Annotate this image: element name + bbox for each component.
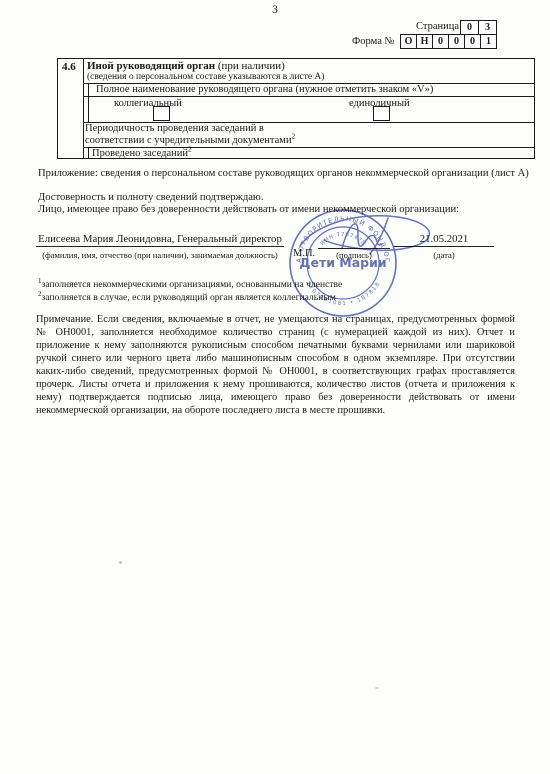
- section-4-6-table: 4.6 Иной руководящий орган (при наличии)…: [57, 58, 535, 159]
- footnote-2: 2заполняется в случае, если руководящий …: [38, 292, 336, 303]
- meetings-text: Проведено заседаний: [92, 148, 188, 159]
- checkbox-collegial[interactable]: [153, 106, 170, 121]
- form-cell: Н: [416, 34, 433, 49]
- option-label-collegial: коллегиальный: [114, 98, 182, 109]
- signature-line: [318, 233, 390, 249]
- checkbox-sole[interactable]: [373, 106, 390, 121]
- row-title-suffix: (при наличии): [215, 60, 285, 72]
- page-cell: 3: [478, 20, 497, 35]
- page-number-cells: 0 3: [460, 20, 497, 35]
- table-row-divider: [83, 96, 534, 97]
- confirmation-line-1: Достоверность и полноту сведений подтвер…: [38, 192, 533, 203]
- row-title-main: Иной руководящий орган: [87, 60, 215, 72]
- document-page: 3 Страница 0 3 Форма № О Н 0 0 0 1 4.6 И…: [0, 0, 550, 774]
- table-column-divider: [83, 59, 84, 158]
- signatory-name: Елисеева Мария Леонидовна, Генеральный д…: [36, 233, 284, 247]
- form-cell: 0: [464, 34, 481, 49]
- attachment-line: Приложение: сведения о персональном сост…: [38, 168, 533, 179]
- row-subtitle: (сведения о персональном составе указыва…: [87, 72, 324, 82]
- form-number-cells: О Н 0 0 0 1: [400, 34, 497, 49]
- organization-stamp: БЛАГОТВОРИТЕЛЬНЫЙ ФОНД ОГРН 7707081081 •…: [280, 200, 440, 330]
- periodicity-label-line2: соответствии с учредительными документам…: [85, 135, 295, 146]
- full-name-label: Полное наименование руководящего органа …: [96, 84, 433, 95]
- confirmation-line-2: Лицо, имеющее право без доверенности дей…: [38, 204, 533, 215]
- footnote-2-text: заполняется в случае, если руководящий о…: [42, 292, 336, 303]
- form-number-label: Форма №: [352, 36, 395, 47]
- note-paragraph: Примечание. Если сведения, включаемые в …: [36, 313, 515, 417]
- form-cell: 0: [448, 34, 465, 49]
- footnote-1: 1заполняется некоммерческими организация…: [38, 279, 342, 290]
- form-cell: О: [400, 34, 417, 49]
- date-caption: (дата): [394, 250, 494, 260]
- form-cell: 1: [480, 34, 497, 49]
- footnote-1-text: заполняется некоммерческими организациям…: [42, 279, 343, 290]
- page-box-label: Страница: [416, 21, 459, 32]
- footnote-ref-2: 2: [292, 133, 296, 141]
- page-number: 3: [0, 4, 550, 16]
- page-cell: 0: [460, 20, 479, 35]
- scan-artifact-dot: [375, 687, 379, 689]
- table-inner-divider: [88, 147, 89, 158]
- meetings-held-label: Проведено заседаний2: [92, 148, 191, 159]
- form-cell: 0: [432, 34, 449, 49]
- seal-placeholder-label: М.П.: [293, 248, 315, 259]
- signatory-name-caption: (фамилия, имя, отчество (при наличии), з…: [30, 250, 290, 260]
- row-number: 4.6: [62, 61, 76, 73]
- periodicity-text: соответствии с учредительными документам…: [85, 135, 292, 146]
- signature-date: 21.05.2021: [394, 233, 494, 247]
- footnote-ref-2: 2: [188, 146, 192, 154]
- signature-caption: (подпись): [318, 250, 390, 260]
- periodicity-label-line1: Периодичность проведения заседаний в: [85, 123, 264, 134]
- scan-artifact-dot: [119, 561, 122, 564]
- row-title: Иной руководящий орган (при наличии): [87, 60, 285, 72]
- table-inner-divider: [88, 83, 89, 122]
